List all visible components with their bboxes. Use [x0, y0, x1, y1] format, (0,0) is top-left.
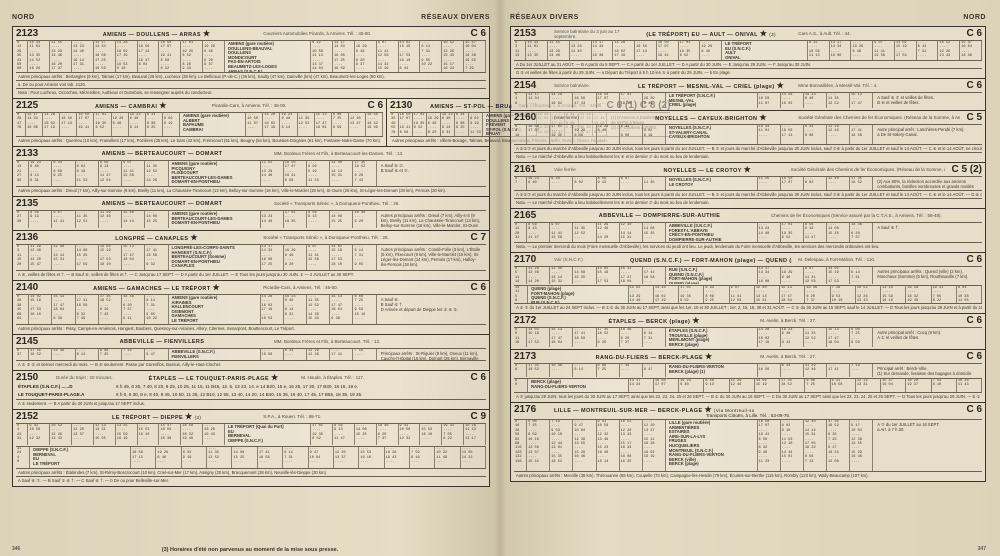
time-column: 15 13 .... 17 47 18 04 .... 6 38 — [52, 295, 75, 324]
timetable-2145: 2145ABBEVILLE — FIENVILLERSMM. Bordeux F… — [13, 335, 489, 371]
table-number: 2136 — [16, 232, 50, 243]
operator: Société Générale des Chemins de fer Écon… — [798, 115, 960, 120]
right-timetable-frame: 2153Service balnéaire du 3 juin au 17 se… — [510, 26, 986, 482]
time-column: .... 11 35 12 52 .... 14 26 — [145, 161, 168, 186]
section-note: A ① ③ ⑤ et dernier mercredi du mois. — B… — [16, 360, 486, 368]
table-number: 2173 — [514, 351, 548, 362]
km-column: 0 4 8 — [514, 93, 527, 108]
time-column: 16 50 17 07 .... 19 41 6 58 .... 8 32 9 … — [758, 420, 781, 471]
time-column: 14 02 15 19 — [755, 379, 780, 392]
station-column: LE TRÉPORT (S.N.C.F.)MESNIL-VALCRIEL (pl… — [666, 93, 758, 108]
station-name: ONIVAL — [725, 56, 804, 60]
time-column: 13 17 14 34 .... — [527, 93, 550, 108]
time-column: 6 08 7 25 .... 9 59 10 16 .... 12 50 13 … — [527, 420, 550, 471]
station-name: DOMART-EN-PONTHIEU — [172, 180, 257, 185]
time-column: 12 40 .... 14 14 15 31 — [755, 286, 780, 303]
time-column: .... 16 56 17 13 .... 19 47 6 04 .... — [138, 41, 160, 72]
station-column: AMIENS (gare routière)AIRAINESHALLENCOUR… — [169, 295, 261, 324]
timetable-2140: 2140AMIENS — GAMACHES — LE TRÉPORT ★Pica… — [13, 281, 489, 335]
timetable-grid: 0 4 24 319 41 10 58 .... 12 32 10 52 ...… — [16, 423, 486, 445]
timetable-grid: 0 28 47 7613 17 14 34 .... 16 08 14 28 .… — [16, 112, 383, 136]
table-number: 2145 — [16, 336, 50, 347]
time-column: 8 22 .... 10 56 11 13 .... 13 47 14 04 — [311, 41, 333, 72]
time-column: 8 56 9 13 .... 11 47 — [527, 223, 550, 242]
operator: Mme Bonnaillière, à Mesnil-Val. Tél. : 4… — [798, 83, 960, 88]
time-column: 16 50 17 07 .... 19 41 — [657, 41, 679, 60]
timetable-grid: 0 16 28 56 82 98 116 128 132 1366 08 7 2… — [514, 419, 982, 471]
bus-station: LE TOUQUET-PARIS-PLAGE.A — [18, 392, 110, 398]
time-column: .... 8 02 — [804, 177, 827, 190]
station-name: BERCK (plage) — [669, 462, 754, 467]
station-column: AMIENS (gare routière)PICQUIGNYFLIXECOUR… — [169, 161, 261, 186]
time-column: 7 19 .... — [850, 364, 873, 377]
time-column: 19 23 6 40 .... — [597, 125, 620, 144]
station-name: LE TRÉPORT — [33, 462, 127, 467]
time-column: 17 01 .... 19 35 — [284, 211, 307, 228]
time-column: .... 16 56 17 13 .... — [635, 41, 657, 60]
time-column: .... 8 02 9 19 .... — [182, 447, 207, 468]
section-note: A ①②⑦ et jours du marché d'Abbeville jus… — [514, 190, 982, 198]
section-note: Autres principaux arrêts : Merville (38 … — [514, 471, 982, 479]
time-column: 15 13 .... 17 47 18 04 — [620, 267, 643, 284]
time-column: 19 23 6 40 .... 8 14 — [129, 113, 146, 136]
section-header: 2170Voir (S.N.C.F.)QUEND (S.N.C.F.) — FO… — [514, 254, 982, 265]
time-column: 6 34 .... 8 08 9 25 — [146, 113, 163, 136]
km-column: 0 6 18 — [514, 125, 527, 144]
time-column: 11 55 .... 13 29 14 46 — [548, 41, 570, 60]
section-header: 2165ABBEVILLE — DOMPIERRE-SUR-AUTHIEChem… — [514, 210, 982, 221]
time-column: 17 01 .... 19 35 6 52 — [679, 286, 704, 303]
time-column: 9 07 .... 11 41 12 58 .... 14 32 15 49 — [377, 41, 399, 72]
table-number: 2130 — [390, 100, 424, 111]
time-column: 17 35 18 52 .... 6 26 7 43 .... 9 17 10 … — [827, 420, 850, 471]
route-title: NOYELLES — LE CROTOY ★ — [630, 165, 785, 174]
left-timetable-frame: 2123AMIENS — DOULLENS — ARRAS ★Courriers… — [12, 26, 490, 487]
station-name: QUEND (plage) — [669, 282, 754, 284]
running-head: RÉSEAUX DIVERS NORD — [510, 14, 986, 24]
time-column: .... 16 56 17 13 .... — [131, 447, 156, 468]
time-column: 15 13 .... 17 47 18 04 — [780, 286, 805, 303]
time-column: .... 9 47 10 04 .... 12 38 13 55 .... 15… — [573, 420, 596, 471]
route-title: LE TRÉPORT — DIEPPE ★ (3) — [56, 412, 257, 421]
time-column: .... 12 20 13 37 .... — [334, 447, 359, 468]
route-extra: (3) — [769, 32, 776, 37]
running-head-left: NORD — [12, 14, 35, 24]
operator: M. Avelin, à Berck. Tél. : 27. — [760, 318, 960, 323]
station-column: LILLE (gare routière)ARMENTIÈRESESTAIRES… — [666, 420, 758, 471]
time-column: .... 17 41 18 58 .... 6 32 7 49 — [76, 295, 99, 324]
route-title: RANG-DU-FLIERS — BERCK-PLAGE ★ — [554, 352, 754, 361]
section-note: Autres principaux arrêts : Bertangles (9… — [16, 72, 486, 80]
section-header: 2145ABBEVILLE — FIENVILLERSMM. Bordeux F… — [16, 336, 486, 347]
fare-class: C 6 — [470, 282, 486, 293]
fare-class: C 5 (2) — [951, 164, 982, 175]
time-column: .... 14 08 15 25 .... — [232, 447, 257, 468]
side-notes: Autres principaux arrêts : Dreuil (7 km)… — [377, 211, 486, 228]
time-column: 7 19 .... — [620, 364, 643, 377]
fare-class: C 6 — [966, 28, 982, 39]
time-column: .... 8 02 9 19 .... 11 53 — [307, 161, 330, 186]
timetable-grid: 0 3 11 15 2011 29 12 46 .... 14 20 15 37… — [16, 244, 486, 270]
station-name: CRIEL (plage) — [669, 103, 754, 108]
section-note: A ①②⑦ et jours du marché d'Abbeville jus… — [514, 144, 982, 152]
timetable-grid: 0 27 308 56 9 13 .... 9 07 .... 11 41 ..… — [16, 210, 486, 228]
time-column: 11 29 12 46 .... — [827, 125, 850, 144]
time-column: 7 19 .... — [122, 349, 145, 360]
time-column: 8 56 9 13 .... 11 47 — [333, 424, 355, 445]
time-column: .... 15 53 16 10 .... — [138, 424, 160, 445]
time-column: 17 35 18 52 .... 6 26 — [597, 328, 620, 347]
time-column: .... 11 35 12 52 .... — [207, 447, 232, 468]
time-column: 17 01 .... 19 35 6 52 .... — [413, 113, 427, 136]
page-footnote: (3) Horaires d'été non parvenus au momen… — [0, 547, 500, 553]
time-column: .... 8 02 9 19 .... 11 53 — [76, 161, 99, 186]
operator: Cars A.S., à Ault. Tél. : 44. — [798, 31, 960, 36]
fare-class: C 6 — [367, 100, 383, 111]
station-column: AMIENS (gare routière)DOULLENS-BEAUVALDO… — [225, 41, 311, 72]
time-column: 10 26 11 43 — [957, 379, 982, 392]
time-column: 6 34 .... 8 08 9 25 .... — [455, 113, 469, 136]
table-number: 2153 — [514, 28, 548, 39]
section-note: A Sauf ⑥ ⑦. — B Sauf ① ⑥ †. — C Sauf ⑥ †… — [16, 476, 486, 484]
station-column: LE TRÉPORT (Quai du Port)EUBERNEVALDIEPP… — [225, 424, 311, 445]
route-extra: (3) — [195, 415, 202, 420]
time-column: .... 12 20 13 37 .... — [72, 424, 94, 445]
time-column: .... 19 29 6 46 .... 8 20 — [427, 113, 441, 136]
km-column: 0 16 28 56 82 98 116 128 132 136 — [514, 420, 527, 471]
bus-times: 6 h 45, 6 30, 7 40, 8 20, 9 25, 10 25, 1… — [116, 384, 358, 390]
time-column: 14 02 15 19 .... 17 53 — [597, 267, 620, 284]
km-column: 0 3 11 13 — [514, 41, 526, 60]
time-column: .... 13 05 14 22 .... — [461, 447, 486, 468]
running-head: NORD RÉSEAUX DIVERS — [12, 14, 490, 24]
table-number: 2154 — [514, 80, 548, 91]
time-column: 14 28 .... 16 02 17 19 .... 19 53 6 10 — [116, 41, 138, 72]
timetable-2170: 2170Voir (S.N.C.F.)QUEND (S.N.C.F.) — FO… — [511, 253, 985, 314]
operator: Courriers Automobiles Picards, à Amiens.… — [263, 31, 464, 36]
time-column: 9 07 .... 11 41 12 58 — [730, 286, 755, 303]
time-column: 15 47 16 04 .... 18 38 — [159, 424, 181, 445]
operator: M. Avelin, à Berck. Tél. : 27. — [760, 354, 960, 359]
paired-tables: 2125AMIENS — CAMBRAI ★Picardie-Cars, à A… — [13, 99, 489, 147]
station-name: FIENVILLERS — [172, 355, 257, 360]
time-column: .... 11 35 12 52 — [827, 93, 850, 108]
time-column: 12 40 .... 14 14 — [122, 211, 145, 228]
route-title: AMIENS — BERTEAUCOURT — DOMART — [56, 151, 268, 157]
section-header: 2161Voie ferréeNOYELLES — LE CROTOY ★Soc… — [514, 164, 982, 175]
time-column: 8 56 9 13 — [704, 379, 729, 392]
time-column: .... 9 47 — [643, 364, 666, 377]
section-note: A ⑦ jusqu'au 29 JUIN, tous les jours du … — [514, 392, 982, 400]
time-column: 7 19 .... — [353, 349, 376, 360]
time-column: .... 17 41 18 58 — [850, 125, 873, 144]
route-title: AMIENS — CAMBRAI ★ — [56, 101, 206, 110]
time-column: 11 29 12 46 .... 14 20 15 37 — [29, 245, 52, 270]
route-title: QUEND (S.N.C.F.) — FORT-MAHON (plage) — … — [630, 255, 792, 264]
time-column: 18 46 .... 6 20 7 37 — [850, 223, 873, 242]
table-number: 2165 — [514, 210, 548, 221]
time-column: 13 25 .... 15 59 16 16 — [116, 424, 138, 445]
section-header: 2133AMIENS — BERTEAUCOURT — DOMARTMM. Bo… — [16, 148, 486, 159]
km-column: 0 28 47 76 — [16, 113, 26, 136]
operator: Picardie-Cars, à Amiens. Tél. : 46-00. — [212, 103, 362, 108]
operator: MM. Bordeux Frères et Fils, à Berteaucou… — [274, 339, 486, 344]
time-column: 9 07 .... 11 41 12 58 — [873, 41, 895, 60]
time-column: 11 55 .... 13 29 14 46 .... 16 20 17 37 — [50, 41, 72, 72]
side-note: Autres principaux arrêts : Dreuil (7 km)… — [381, 213, 482, 228]
time-column: 14 02 15 19 .... 17 53 18 10 .... 6 44 — [399, 41, 421, 72]
station-column: RANG-DU-FLIERS-VERTONBERCK (plage) (1) — [666, 364, 758, 377]
timetable-spread: NORD RÉSEAUX DIVERS 2123AMIENS — DOULLEN… — [0, 0, 1000, 556]
time-column: 8 56 9 13 — [597, 177, 620, 190]
section-header: 2172ÉTAPLES — BERCK (plage) ★M. Avelin, … — [514, 315, 982, 326]
km-column: 0 4 24 31 — [16, 424, 28, 445]
side-notes: A Sauf ⑥ ⑦.B Sauf ⑥ et ⑦. — [377, 161, 486, 186]
station-column: LE TRÉPORTEU (S.N.C.F.)AULTONIVAL — [722, 41, 808, 60]
fare-class: C 6 — [966, 315, 982, 326]
time-column: 16 50 17 07 .... 19 41 — [77, 113, 94, 136]
time-column: 11 29 12 46 .... 14 20 — [527, 267, 550, 284]
star-icon: ★ — [213, 283, 221, 292]
timetable-2161: 2161Voie ferréeNOYELLES — LE CROTOY ★Soc… — [511, 163, 985, 209]
bus-station: ÉTAPLES (S.N.C.F.) ......D — [18, 384, 110, 390]
time-column: 10 26 11 43 .... 13 17 — [464, 424, 486, 445]
section-header: 2152LE TRÉPORT — DIEPPE ★ (3)S.P.A., à R… — [16, 411, 486, 422]
time-column: 9 41 10 58 .... 12 32 — [399, 424, 421, 445]
time-column: .... 6 14 7 31 .... — [643, 328, 666, 347]
station-name: RUE (S.N.C.F.) — [531, 301, 624, 303]
timetable-2150: 2150Durée du trajet : 20 minutes.ÉTAPLES… — [13, 371, 489, 410]
station-name: DIEPPE (S.N.C.F.) — [228, 439, 307, 444]
time-column: .... 17 41 18 58 .... — [643, 267, 666, 284]
time-column: 12 40 .... 14 14 15 31 .... 17 05 18 22 … — [804, 420, 827, 471]
timetable-grid: 0 6 11 1614 02 15 19 .... 17 53 15 13 ..… — [514, 327, 982, 347]
km-column: 0 28 38 45 69 84 — [16, 295, 29, 324]
km-column: 0 6 — [514, 364, 527, 377]
time-column: 18 20 19 37 — [906, 379, 931, 392]
km-column: 0 5 11 14 — [514, 267, 527, 284]
time-column: 14 28 .... 16 02 17 19 — [654, 286, 679, 303]
time-column: 14 28 .... 16 02 17 19 — [758, 328, 781, 347]
station-name: LE TRÉPORT — [172, 319, 257, 324]
star-icon: ★ — [203, 29, 211, 38]
time-column: 6 08 7 25 .... 9 59 — [850, 328, 873, 347]
time-column: 11 29 12 46 — [730, 379, 755, 392]
time-column: 12 40 .... 14 14 15 31 — [550, 267, 573, 284]
side-note: Principaux arrêts : St-Riquier (9 km), O… — [381, 351, 482, 360]
time-column: 8 56 9 13 .... 11 47 12 04 — [99, 161, 122, 186]
time-column: 10 52 .... 12 26 13 43 — [938, 41, 960, 60]
left-page: NORD RÉSEAUX DIVERS 2123AMIENS — DOULLEN… — [0, 0, 500, 556]
station-name: RANG-DU-FLIERS-VERTON — [531, 385, 624, 390]
time-column: 16 58 .... 18 32 19 49 — [906, 286, 931, 303]
time-column: .... 19 29 6 46 — [573, 125, 596, 144]
time-column: 18 46 .... — [52, 349, 75, 360]
time-column: .... 14 08 15 25 .... — [355, 424, 377, 445]
time-column: 14 02 15 19 .... 17 53 — [827, 267, 850, 284]
table-number: 2161 — [514, 164, 548, 175]
time-column: .... 8 02 — [573, 177, 596, 190]
time-column: 15 13 .... 17 47 18 04 — [550, 328, 573, 347]
timetable-grid: 0 617 35 18 52 18 46 .... .... 6 14 6 08… — [514, 363, 982, 377]
time-column: 19 23 6 40 — [679, 379, 704, 392]
time-column: 16 50 17 07 .... — [527, 125, 550, 144]
time-column: .... 10 32 11 49 .... — [435, 447, 460, 468]
section-note: a. De ou pour Amiens voir tab. 2120. — [16, 80, 486, 88]
timetable-grid: 0 28 38 45 69 8414 02 15 19 .... 17 53 1… — [16, 294, 486, 324]
time-column: .... 6 14 7 31 .... — [283, 447, 308, 468]
side-notes: Autres principaux arrêts : Condé-Folie (… — [377, 245, 486, 270]
time-column: 14 02 15 19 .... 17 53 — [527, 328, 550, 347]
time-column: 17 35 18 52 — [850, 177, 873, 190]
time-column: 11 29 12 46 — [307, 349, 330, 360]
time-column: 9 07 .... 11 41 — [52, 211, 75, 228]
timetable-grid: 0 12 20 318 56 9 13 .... 11 47 9 07 ....… — [514, 222, 982, 242]
time-column: .... 16 56 17 13 — [781, 125, 804, 144]
time-column: .... 11 35 12 52 .... — [298, 113, 315, 136]
timetable-grid-return: 14 11 5 0QUEND (plage)FORT-MAHON (plage)… — [514, 285, 982, 303]
service-note: Durée du trajet : 20 minutes. — [56, 375, 126, 380]
route-title: AMIENS — BERTEAUCOURT — DOMART — [56, 201, 268, 207]
time-column: 14 28 .... 16 02 17 19 — [263, 113, 280, 136]
section-note: Nota. — Le marché d'Abbeville a lieu hab… — [514, 152, 982, 160]
fare-class: C 6 — [966, 404, 982, 415]
time-column: 6 34 .... 8 08 — [620, 125, 643, 144]
time-column: 11 55 .... — [758, 177, 781, 190]
side-notes: A Sauf ⑥.B Sauf ⑥ †.D Arrivée et départ … — [377, 295, 486, 324]
side-notes: Principaux arrêts : St-Riquier (9 km), O… — [377, 349, 486, 360]
star-icon: ★ — [271, 373, 279, 382]
time-column: 13 17 14 34 .... 16 08 — [26, 113, 43, 136]
time-column: .... 18 26 19 43 .... — [385, 447, 410, 468]
time-column: 17 01 .... 19 35 — [620, 93, 643, 108]
time-column: 7 19 .... 9 53 10 10 — [831, 286, 856, 303]
km-column: 6 0 — [514, 379, 528, 392]
time-column: .... 19 29 6 46 .... 8 20 9 37 .... — [203, 41, 225, 72]
time-column: 9 41 10 58 .... 12 32 13 49 .... 15 23 1… — [597, 420, 620, 471]
time-column: 17 01 .... 19 35 6 52 .... 8 26 9 43 — [181, 41, 203, 72]
time-column: .... 6 14 7 31 .... 9 05 10 22 .... — [420, 41, 442, 72]
time-column: 17 35 18 52 .... 6 26 7 43 .... — [99, 295, 122, 324]
time-column: .... 14 08 15 25 .... — [827, 223, 850, 242]
time-column: 12 14 13 31 .... 15 05 — [94, 424, 116, 445]
time-column: .... 10 50 11 07 — [758, 93, 781, 108]
time-column: 14 28 .... 16 02 — [781, 93, 804, 108]
time-column: 6 08 7 25 .... 9 59 10 16 .... — [353, 295, 376, 324]
time-column: .... 6 14 7 31 .... — [850, 267, 873, 284]
side-note: a Arr. à 7 h 30. — [877, 427, 978, 432]
section-note: A ① seulement. — B A partir du 30 JUIN e… — [16, 399, 486, 407]
side-note: D Arrivée et départ de Dieppe les ① ④ ⑤. — [381, 307, 482, 312]
operator: Société « Transports Sénéc », à Domqueur… — [274, 201, 486, 206]
time-column: 13 17 14 34 .... 16 08 — [830, 41, 852, 60]
star-icon: ★ — [760, 29, 768, 38]
station-column: NOYELLES (S.N.C.F.)ST-VALERY-CANALCAYEUX… — [666, 125, 758, 144]
operator: Picardie-Cars, à Amiens. Tél. : 46-00. — [263, 285, 464, 290]
station-column: BERCK (plage)RANG-DU-FLIERS-VERTON — [528, 379, 628, 392]
time-column: .... 15 53 16 10 .... — [420, 424, 442, 445]
station-column: AMIENS (gare routière)BERTEAUCOURT-LES-D… — [169, 211, 261, 228]
operator: Société « Transports Sénéc », à Domqueur… — [263, 235, 464, 240]
station-column: RUE (S.N.C.F.)QUEND (S.N.C.F.)FORT-MAHON… — [666, 267, 758, 284]
time-column: .... 13 23 14 40 .... 16 14 17 31 .... — [72, 41, 94, 72]
section-header: 2150Durée du trajet : 20 minutes.ÉTAPLES… — [16, 372, 486, 383]
time-column: 12 40 .... — [827, 177, 850, 190]
time-column: .... 11 35 12 52 .... 14 26 15 43 — [307, 295, 330, 324]
section-header: 2140AMIENS — GAMACHES — LE TRÉPORT ★Pica… — [16, 282, 486, 293]
side-note: Autres principaux arrêts : Condé-Folie (… — [381, 247, 482, 267]
time-column: .... 11 35 12 52 — [76, 211, 99, 228]
running-head-right: RÉSEAUX DIVERS — [421, 14, 490, 24]
fare-class: C 6 — [966, 80, 982, 91]
time-column: 19 23 6 40 .... 8 14 9 31 — [441, 113, 455, 136]
time-column: 14 02 15 19 .... 17 53 18 10 — [99, 245, 122, 270]
table-number: 2133 — [16, 148, 50, 159]
station-name: BERCK (plage) (1) — [669, 370, 754, 375]
time-column: 11 29 12 46 .... 14 20 — [597, 223, 620, 242]
section-note: Nota. — Le marché d'Abbeville a lieu hab… — [514, 198, 982, 206]
time-column: 8 04 .... 10 38 11 55 — [957, 286, 982, 303]
right-page: RÉSEAUX DIVERS NORD 2153Service balnéair… — [500, 0, 1000, 556]
time-column: .... 19 29 6 46 .... — [781, 267, 804, 284]
km-column: 0 3 11 15 20 — [16, 245, 29, 270]
time-column: .... 19 29 6 46 .... 8 20 9 37 .... — [355, 41, 377, 72]
km-column: 0 12 29 35 43 50 60 — [16, 41, 28, 72]
service-note: Voie ferrée — [554, 167, 624, 172]
table-number: 2150 — [16, 372, 50, 383]
time-column: 6 34 .... 8 08 9 25 .... — [52, 161, 75, 186]
timetable-grid-return: 31 24 4 0DIEPPE (S.N.C.F.)BERNEVALEULE T… — [16, 446, 486, 468]
time-column: .... 16 56 — [261, 349, 284, 360]
time-column: 10 52 .... 12 26 13 43 .... 15 17 16 34 — [442, 41, 464, 72]
timetable-2135: 2135AMIENS — BERTEAUCOURT — DOMARTSociét… — [13, 197, 489, 231]
time-column: .... 11 35 12 52 .... — [573, 223, 596, 242]
time-column: 9 07 .... 11 41 12 58 — [804, 267, 827, 284]
table-number: 2140 — [16, 282, 50, 293]
time-column: 16 50 17 07 .... 19 41 6 58 — [399, 113, 413, 136]
service-note: (Voie ferrée) — [554, 115, 624, 120]
time-column: .... 14 08 15 25 .... — [573, 267, 596, 284]
timetable-grid: 0 6 1816 50 17 07 .... 17 01 .... 19 35 … — [514, 124, 982, 144]
table-number: 2135 — [16, 198, 50, 209]
station-name: DOMART-EN-PONTHIEU — [172, 221, 257, 226]
time-column: 19 23 6 40 .... — [804, 93, 827, 108]
timetable-grid-return: 6 0BERCK (plage)RANG-DU-FLIERS-VERTON13 … — [514, 378, 982, 392]
table-number: 2172 — [514, 315, 548, 326]
section-header: 2160(Voie ferrée)NOYELLES — CAYEUX-BRIGH… — [514, 112, 982, 123]
time-column: .... 9 47 10 04 .... 12 38 13 55 .... 15… — [850, 420, 873, 471]
station-column: ABBEVILLE (S.N.C.F.)FIENVILLERS — [169, 349, 261, 360]
timetable-grid: 0 3 11 1310 44 11 01 .... 13 35 11 55 ..… — [514, 40, 982, 60]
star-icon: ★ — [777, 81, 785, 90]
route-title: ABBEVILLE — FIENVILLERS — [56, 339, 268, 345]
time-column: 16 50 17 07 .... 19 41 6 58 — [284, 161, 307, 186]
star-icon: ★ — [759, 113, 767, 122]
time-column: .... 6 14 — [573, 364, 596, 377]
time-column: 9 07 .... 11 41 12 58 — [550, 223, 573, 242]
time-column: 8 22 .... 10 56 11 13 — [808, 41, 830, 60]
time-column: 15 13 .... 17 47 18 04 .... — [122, 245, 145, 270]
route-title: LE TRÉPORT — MESNIL-VAL — CRIEL (plage) … — [630, 81, 792, 90]
timetable-grid: 0 13 21 27 3019 23 6 40 .... 8 14 9 31 6… — [16, 160, 486, 186]
time-column: 13 17 14 34 .... 16 08 17 25 — [261, 245, 284, 270]
side-note: A ① et veilles de fêtes. — [877, 335, 978, 340]
time-column: 17 01 .... 19 35 6 52 — [679, 41, 701, 60]
service-note: Service balnéaire du 3 juin au 17 septem… — [554, 29, 624, 39]
station-column: ABBEVILLE (S.N.C.F.)FOREST-L'ABBAYECRÉCY… — [666, 223, 758, 242]
fare-class: C 9 — [470, 411, 486, 422]
time-column: 17 01 .... 19 35 6 52 — [94, 113, 111, 136]
